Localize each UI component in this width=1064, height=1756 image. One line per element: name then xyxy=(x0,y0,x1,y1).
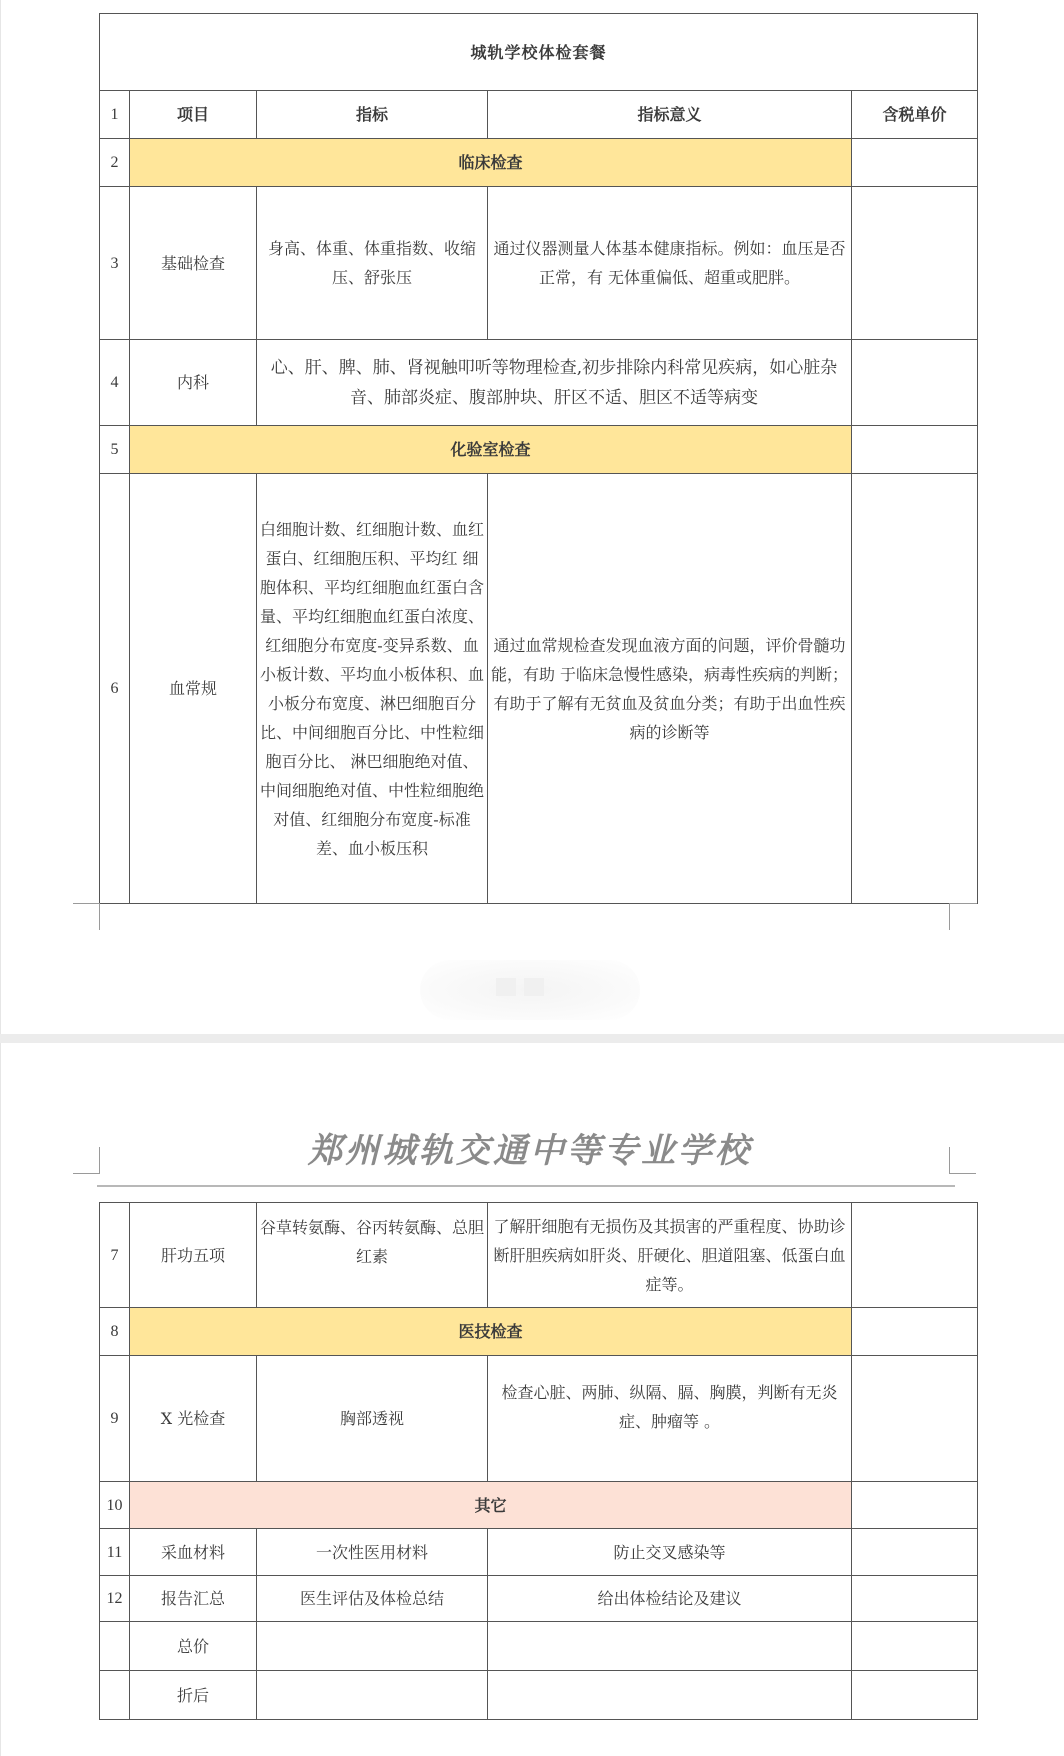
title-row: 城轨学校体检套餐 xyxy=(100,14,978,91)
indicator-cell xyxy=(257,1671,488,1720)
price-cell[interactable] xyxy=(852,1482,978,1529)
indicator-cell: 身高、体重、体重指数、收缩压、舒张压 xyxy=(257,187,488,340)
price-cell[interactable] xyxy=(852,340,978,426)
discount-price-cell[interactable] xyxy=(852,1671,978,1720)
indicator-cell: 谷草转氨酶、谷丙转氨酶、总胆红素 xyxy=(257,1203,488,1308)
school-header-calligraphy: 郑州城轨交通中等专业学校 xyxy=(300,1123,760,1172)
price-cell[interactable] xyxy=(852,187,978,340)
row-number xyxy=(100,1622,130,1671)
meaning-cell: 通过血常规检查发现血液方面的问题，评价骨髓功能，有助 于临床急慢性感染，病毒性疾… xyxy=(488,474,852,904)
row-number: 6 xyxy=(100,474,130,904)
page-corner-mark xyxy=(949,1173,976,1174)
price-cell[interactable] xyxy=(852,1576,978,1622)
price-cell[interactable] xyxy=(852,1308,978,1356)
row-number: 3 xyxy=(100,187,130,340)
price-cell[interactable] xyxy=(852,426,978,474)
indicator-meaning-cell: 心、肝、脾、肺、肾视触叩听等物理检查,初步排除内科常见疾病，如心脏杂音、肺部炎症… xyxy=(257,340,852,426)
price-cell[interactable] xyxy=(852,1529,978,1576)
page-corner-mark xyxy=(99,903,100,930)
item-cell: 采血材料 xyxy=(130,1529,257,1576)
row-number: 5 xyxy=(100,426,130,474)
item-cell: X 光检查 xyxy=(130,1356,257,1482)
column-header-indicator: 指标 xyxy=(257,91,488,139)
table-row: 7 肝功五项 谷草转氨酶、谷丙转氨酶、总胆红素 了解肝细胞有无损伤及其损害的严重… xyxy=(100,1203,978,1308)
meaning-cell: 了解肝细胞有无损伤及其损害的严重程度、协助诊断肝胆疾病如肝炎、肝硬化、胆道阻塞、… xyxy=(488,1203,852,1308)
page-corner-mark xyxy=(950,903,977,904)
table-row: 12 报告汇总 医生评估及体检总结 给出体检结论及建议 xyxy=(100,1576,978,1622)
row-number: 7 xyxy=(100,1203,130,1308)
page-corner-mark xyxy=(99,1147,100,1174)
section-row-lab: 5 化验室检查 xyxy=(100,426,978,474)
row-number: 4 xyxy=(100,340,130,426)
table-row: 3 基础检查 身高、体重、体重指数、收缩压、舒张压 通过仪器测量人体基本健康指标… xyxy=(100,187,978,340)
meaning-cell: 检查心脏、两肺、纵隔、膈、胸膜，判断有无炎症、肿瘤等 。 xyxy=(488,1356,852,1482)
exam-table-page2: 7 肝功五项 谷草转氨酶、谷丙转氨酶、总胆红素 了解肝细胞有无损伤及其损害的严重… xyxy=(99,1202,978,1720)
discount-row: 折后 xyxy=(100,1671,978,1720)
column-header-meaning: 指标意义 xyxy=(488,91,852,139)
item-cell: 报告汇总 xyxy=(130,1576,257,1622)
table-row: 4 内科 心、肝、脾、肺、肾视触叩听等物理检查,初步排除内科常见疾病，如心脏杂音… xyxy=(100,340,978,426)
item-cell: 基础检查 xyxy=(130,187,257,340)
price-cell[interactable] xyxy=(852,474,978,904)
section-label: 医技检查 xyxy=(130,1308,852,1356)
indicator-cell: 白细胞计数、红细胞计数、血红蛋白、红细胞压积、平均红 细胞体积、平均红细胞血红蛋… xyxy=(257,474,488,904)
column-header-price: 含税单价 xyxy=(852,91,978,139)
page-corner-mark xyxy=(73,1173,100,1174)
row-number: 11 xyxy=(100,1529,130,1576)
table-row: 6 血常规 白细胞计数、红细胞计数、血红蛋白、红细胞压积、平均红 细胞体积、平均… xyxy=(100,474,978,904)
row-number: 1 xyxy=(100,91,130,139)
page-corner-mark xyxy=(73,903,100,904)
table-row: 11 采血材料 一次性医用材料 防止交叉感染等 xyxy=(100,1529,978,1576)
row-number: 9 xyxy=(100,1356,130,1482)
page-edge xyxy=(0,0,1,1756)
indicator-cell: 医生评估及体检总结 xyxy=(257,1576,488,1622)
indicator-cell: 胸部透视 xyxy=(257,1356,488,1482)
total-row: 总价 xyxy=(100,1622,978,1671)
document-title: 城轨学校体检套餐 xyxy=(100,14,978,91)
indicator-cell: 一次性医用材料 xyxy=(257,1529,488,1576)
section-row-tech: 8 医技检查 xyxy=(100,1308,978,1356)
price-cell[interactable] xyxy=(852,1356,978,1482)
table-row: 9 X 光检查 胸部透视 检查心脏、两肺、纵隔、膈、胸膜，判断有无炎症、肿瘤等 … xyxy=(100,1356,978,1482)
row-number: 2 xyxy=(100,139,130,187)
total-label: 总价 xyxy=(130,1622,257,1671)
column-header-item: 项目 xyxy=(130,91,257,139)
total-price-cell[interactable] xyxy=(852,1622,978,1671)
item-cell: 内科 xyxy=(130,340,257,426)
row-number: 10 xyxy=(100,1482,130,1529)
row-number xyxy=(100,1671,130,1720)
page-corner-mark xyxy=(949,1147,950,1174)
row-number: 8 xyxy=(100,1308,130,1356)
price-cell[interactable] xyxy=(852,139,978,187)
row-number: 12 xyxy=(100,1576,130,1622)
page-separator xyxy=(0,1034,1064,1043)
item-cell: 肝功五项 xyxy=(130,1203,257,1308)
section-row-other: 10 其它 xyxy=(100,1482,978,1529)
indicator-cell xyxy=(257,1622,488,1671)
header-rule xyxy=(97,1185,955,1187)
exam-table-page1: 城轨学校体检套餐 1 项目 指标 指标意义 含税单价 2 临床检查 3 基础检查… xyxy=(99,13,978,904)
meaning-cell: 通过仪器测量人体基本健康指标。例如：血压是否正常，有 无体重偏低、超重或肥胖。 xyxy=(488,187,852,340)
page-corner-mark xyxy=(949,903,950,930)
meaning-cell xyxy=(488,1671,852,1720)
blurred-watermark xyxy=(420,960,640,1020)
item-cell: 血常规 xyxy=(130,474,257,904)
header-row: 1 项目 指标 指标意义 含税单价 xyxy=(100,91,978,139)
meaning-cell: 防止交叉感染等 xyxy=(488,1529,852,1576)
section-row-clinical: 2 临床检查 xyxy=(100,139,978,187)
section-label: 临床检查 xyxy=(130,139,852,187)
discount-label: 折后 xyxy=(130,1671,257,1720)
section-label: 化验室检查 xyxy=(130,426,852,474)
meaning-cell: 给出体检结论及建议 xyxy=(488,1576,852,1622)
price-cell[interactable] xyxy=(852,1203,978,1308)
meaning-cell xyxy=(488,1622,852,1671)
section-label: 其它 xyxy=(130,1482,852,1529)
